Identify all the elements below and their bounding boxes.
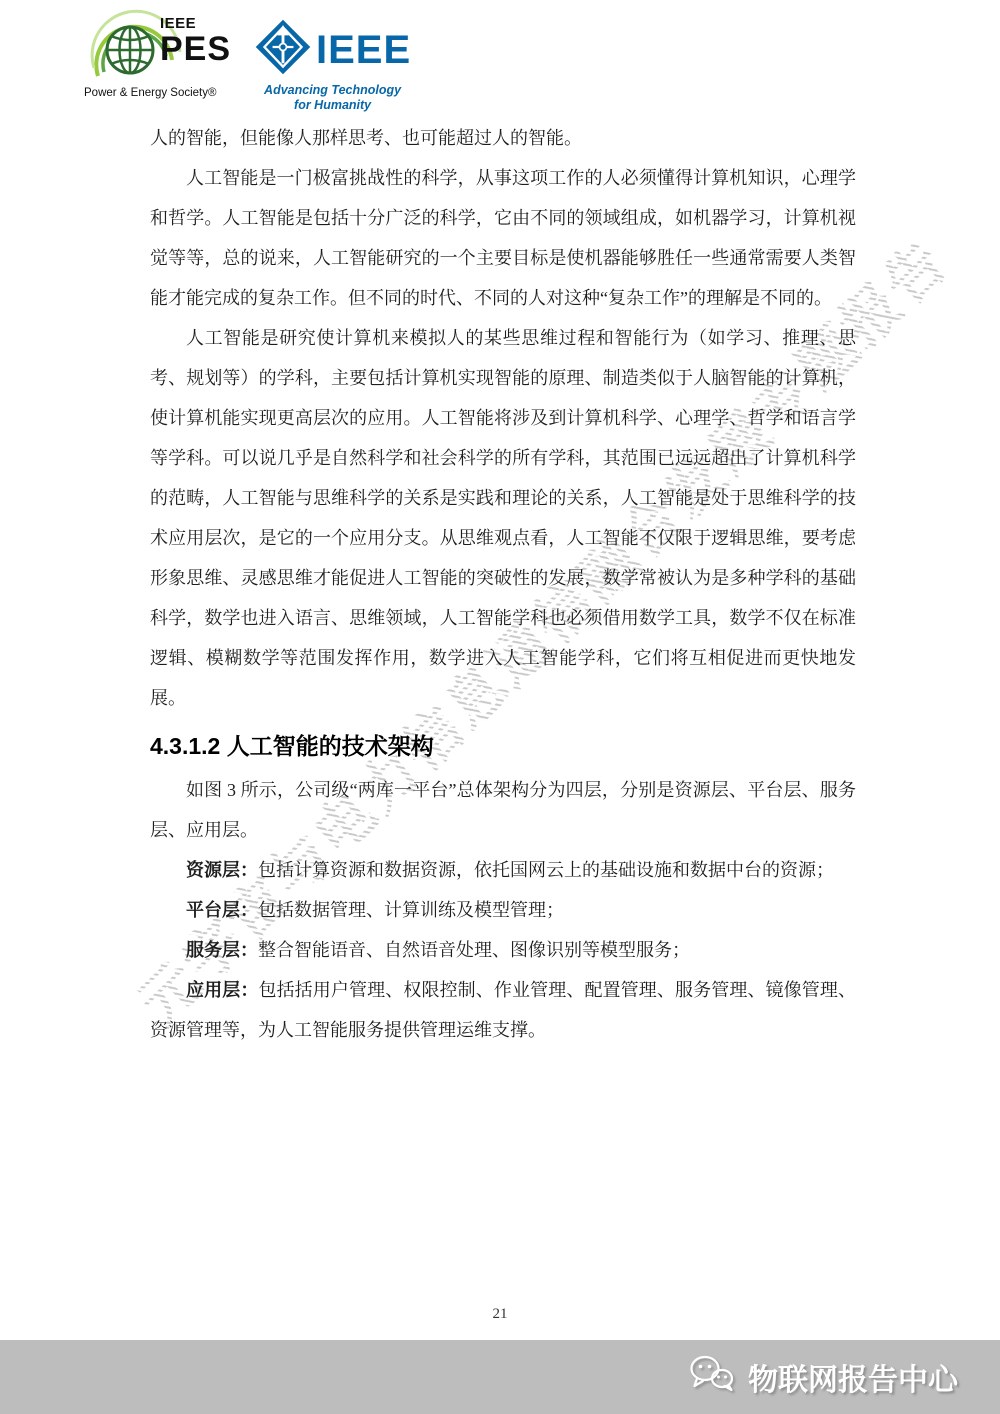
ieee-tagline-line1: Advancing Technology [264, 83, 401, 97]
pes-tagline: Power & Energy Society® [84, 87, 236, 99]
pes-wordmark-ieee: IEEE [160, 16, 231, 31]
document-page: IEEE PES Power & Energy Society® [0, 0, 1000, 1414]
body-paragraph: 人工智能是一门极富挑战性的科学，从事这项工作的人必须懂得计算机知识，心理学和哲学… [150, 158, 856, 318]
layer-item-resource: 资源层：包括计算资源和数据资源，依托国网云上的基础设施和数据中台的资源； [150, 850, 856, 890]
footer-brand: 物联网报告中心 [688, 1354, 958, 1400]
ieee-tagline: Advancing Technology for Humanity [254, 83, 411, 113]
ieee-pes-logo: IEEE PES Power & Energy Society® [84, 6, 236, 99]
layer-text: 整合智能语音、自然语音处理、图像识别等模型服务； [258, 940, 690, 960]
pes-globe-icon [84, 71, 236, 88]
wechat-icon [688, 1354, 736, 1400]
body-paragraph: 人工智能是研究使计算机来模拟人的某些思维过程和智能行为（如学习、推理、思考、规划… [150, 318, 856, 718]
layer-item-application: 应用层：包括括用户管理、权限控制、作业管理、配置管理、服务管理、镜像管理、资源管… [150, 970, 856, 1050]
document-body: 人的智能，但能像人那样思考、也可能超过人的智能。 人工智能是一门极富挑战性的科学… [150, 118, 856, 1050]
layer-text: 包括数据管理、计算训练及模型管理； [258, 900, 564, 920]
layer-label: 平台层： [186, 900, 258, 920]
body-paragraph: 人的智能，但能像人那样思考、也可能超过人的智能。 [150, 118, 856, 158]
page-number: 21 [0, 1306, 1000, 1323]
ieee-diamond-kite-icon [254, 18, 312, 81]
layer-text: 包括计算资源和数据资源，依托国网云上的基础设施和数据中台的资源； [258, 860, 834, 880]
layer-label: 资源层： [186, 860, 258, 880]
pes-wordmark-pes: PES [160, 32, 231, 66]
ieee-wordmark: IEEE [316, 30, 411, 70]
layer-item-service: 服务层：整合智能语音、自然语音处理、图像识别等模型服务； [150, 930, 856, 970]
layer-item-platform: 平台层：包括数据管理、计算训练及模型管理； [150, 890, 856, 930]
pes-wordmark: IEEE PES [160, 16, 231, 66]
section-heading: 4.3.1.2 人工智能的技术架构 [150, 730, 856, 762]
ieee-logo: IEEE Advancing Technology for Humanity [254, 18, 411, 113]
footer-brand-text: 物联网报告中心 [748, 1355, 958, 1399]
ieee-tagline-line2: for Humanity [294, 98, 371, 112]
header-logos: IEEE PES Power & Energy Society® [84, 6, 411, 113]
intro-paragraph: 如图 3 所示，公司级“两库一平台”总体架构分为四层，分别是资源层、平台层、服务… [150, 770, 856, 850]
footer-bar: 物联网报告中心 [0, 1340, 1000, 1414]
layer-label: 应用层： [186, 980, 258, 1000]
layer-label: 服务层： [186, 940, 258, 960]
